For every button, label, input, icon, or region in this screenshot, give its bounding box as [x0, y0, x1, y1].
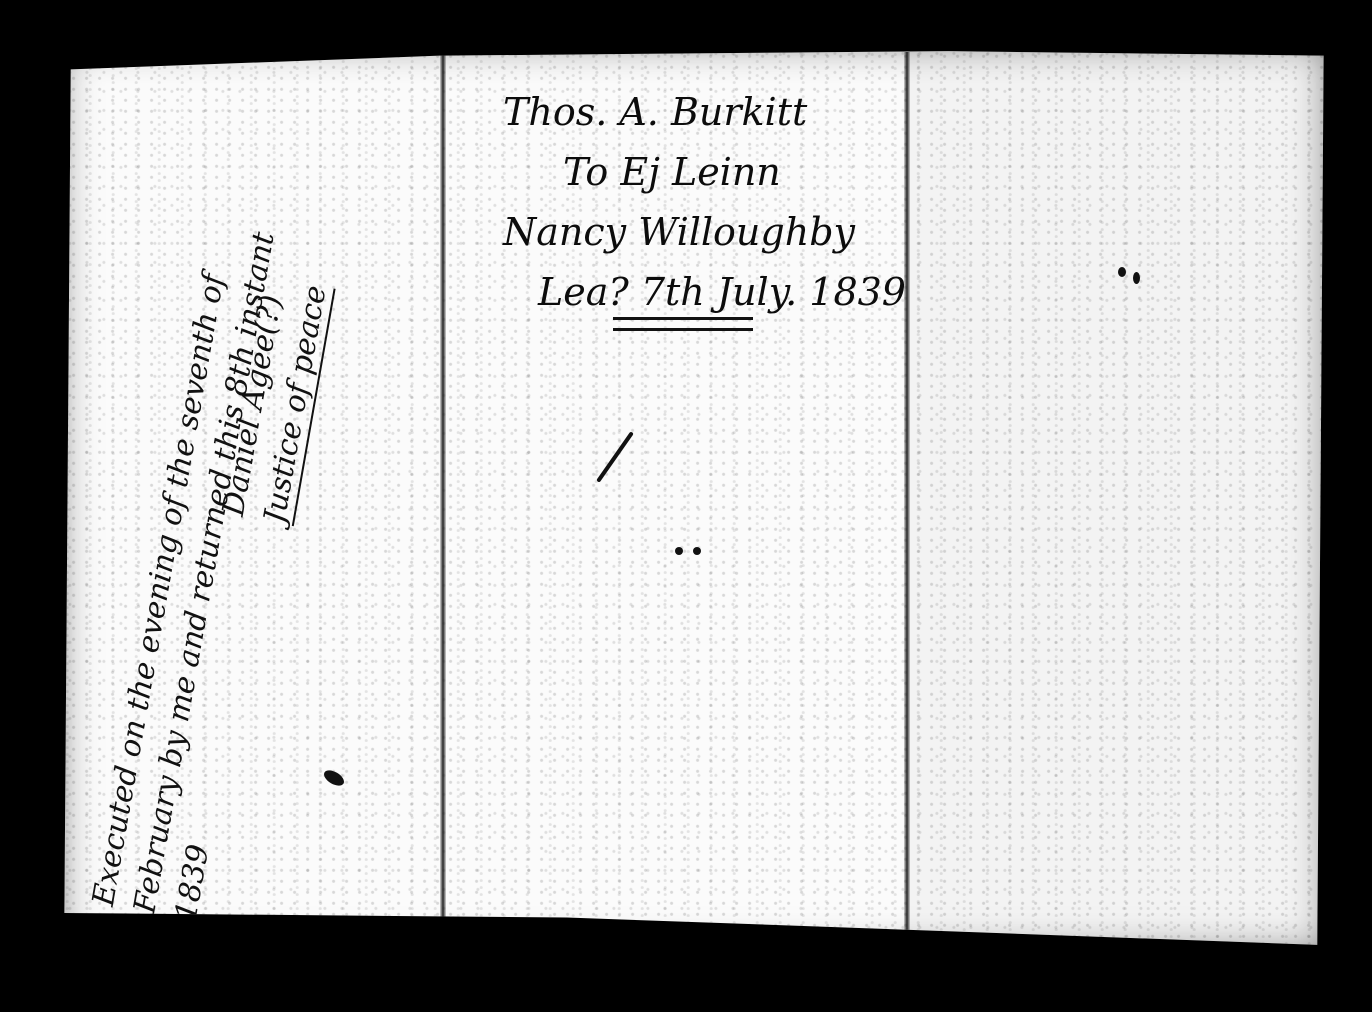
middle-panel: Thos. A. Burkitt To Ej Leinn Nancy Willo… — [443, 42, 903, 954]
ink-spot — [693, 547, 701, 555]
ink-blot — [321, 767, 346, 788]
fold-line — [904, 52, 910, 944]
docket-line-1: Thos. A. Burkitt — [503, 82, 906, 142]
ink-spot — [1118, 267, 1126, 277]
right-panel — [908, 42, 1330, 954]
docket-line-3: Nancy Willoughby — [503, 202, 906, 262]
docket-line-4: Lea? 7th July. 1839 — [538, 262, 906, 322]
fold-line — [440, 52, 446, 944]
ink-spot — [675, 547, 683, 555]
pen-stroke — [596, 431, 634, 482]
docket-label: Thos. A. Burkitt To Ej Leinn Nancy Willo… — [503, 82, 906, 322]
left-panel: Executed on the evening of the seventh o… — [58, 42, 443, 954]
date-underline — [613, 317, 753, 331]
docket-line-2: To Ej Leinn — [563, 142, 906, 202]
ink-spot — [1133, 272, 1140, 284]
document-sheet: Executed on the evening of the seventh o… — [58, 42, 1330, 954]
